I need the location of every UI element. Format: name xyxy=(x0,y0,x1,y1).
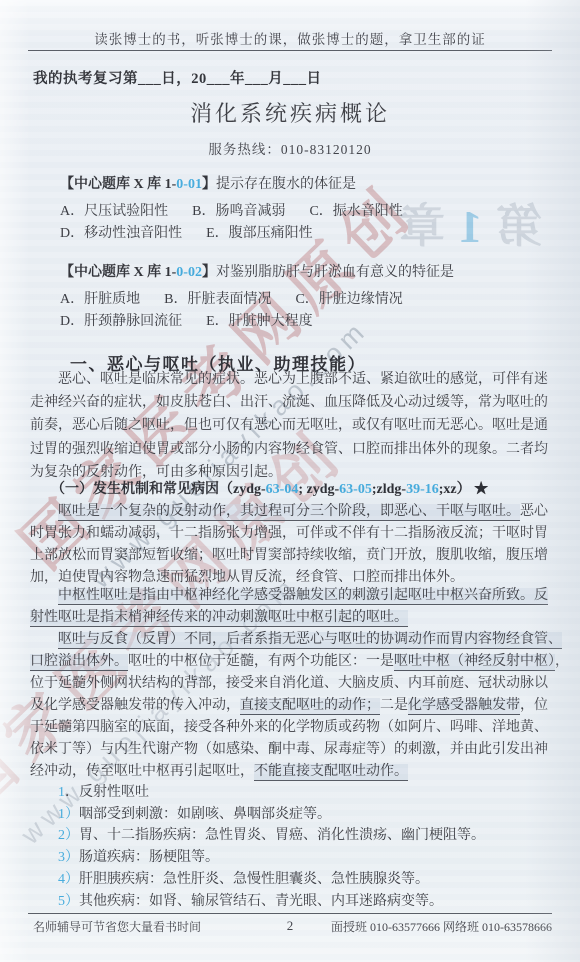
text-line: 5）其他疾病：如肾、输尿管结石、青光眼、内耳迷路病变等。 xyxy=(30,891,552,913)
paragraph: （一）发生机制和常见病因（zydg-63-04; zydg-63-05;zldg… xyxy=(30,479,552,501)
text-line: 1．反射性呕吐 xyxy=(30,782,552,804)
paragraph: 恶心、呕吐是临床常见的症状。恶心为上腹部不适、紧迫欲吐的感觉，可伴有迷走神经兴奋… xyxy=(30,368,552,484)
answer-option: E．腹部压痛阳性 xyxy=(206,226,313,241)
answer-option: A．肝脏质地 xyxy=(60,292,140,307)
question-options: A．肝脏质地B．肝脏表面情况C．肝脏边缘情况D．肝颈静脉回流征E．肝脏肿大程度 xyxy=(60,289,555,333)
answer-option: C．振水音阳性 xyxy=(309,204,402,219)
text-line: 过胃的强烈收缩迫使胃或部分小肠的内容物经食管、口腔而排出体外的现象。二者均 xyxy=(30,438,552,461)
answer-option: D．肝颈静脉回流征 xyxy=(60,314,182,329)
text-line: 中枢性呕吐是指由中枢神经化学感受器触发区的刺激引起呕吐中枢兴奋所致。反 xyxy=(30,585,552,607)
answer-option: D．移动性浊音阳性 xyxy=(60,226,182,241)
text-line: 依米丁等）与内生代谢产物（如感染、酮中毒、尿毒症等）的刺激，并由此引发出神 xyxy=(30,739,552,761)
header-divider xyxy=(28,50,552,51)
option-row: A．尺压试验阳性B．肠鸣音减弱C．振水音阳性 xyxy=(60,201,555,223)
text-line: 上部放松而胃窦部短暂收缩；呕吐时胃窦部持续收缩，贲门开放，腹肌收缩，腹压增 xyxy=(30,545,552,567)
text-line: 位于延髓外侧网状结构的背部，接受来自消化道、大脑皮质、内耳前庭、冠状动脉以 xyxy=(30,673,552,695)
text-line: 于延髓第四脑室的底面，接受各种外来的化学物质或药物（如阿片、吗啡、洋地黄、 xyxy=(30,717,552,739)
question-stem: 提示存在腹水的体征是 xyxy=(216,177,356,192)
answer-option: B．肠鸣音减弱 xyxy=(192,204,285,219)
paragraph: 1．反射性呕吐 1）咽部受到刺激：如剧咳、鼻咽部炎症等。 2）胃、十二指肠疾病：… xyxy=(30,782,552,912)
answer-option: B．肝脏表面情况 xyxy=(164,292,271,307)
text-line: 2）胃、十二指肠疾病：急性胃炎、胃癌、消化性溃疡、幽门梗阻等。 xyxy=(30,825,552,847)
question-header: 【中心题库 X 库 1-0-02】对鉴别脂肪肝与肝淤血有意义的特征是 xyxy=(60,262,555,284)
text-line: 1）咽部受到刺激：如剧咳、鼻咽部炎症等。 xyxy=(30,804,552,826)
service-hotline: 服务热线：010-83120120 xyxy=(0,138,580,158)
footer-phone-numbers: 面授班 010-63577666 网络班 010-63578666 xyxy=(331,918,552,935)
text-line: 呕吐与反食（反胃）不同，后者系指无恶心与呕吐的协调动作而胃内容物经食管、 xyxy=(30,629,552,651)
footer-divider xyxy=(28,913,552,914)
text-line: 4）肝胆胰疾病：急性肝炎、急慢性胆囊炎、急性胰腺炎等。 xyxy=(30,869,552,891)
text-line: 及化学感受器触发带的传入冲动，直接支配呕吐的动作；二是化学感受器触发带，位 xyxy=(30,695,552,717)
answer-option: E．肝脏肿大程度 xyxy=(206,314,313,329)
option-row: D．移动性浊音阳性E．腹部压痛阳性 xyxy=(60,223,555,245)
question-header: 【中心题库 X 库 1-0-01】提示存在腹水的体征是 xyxy=(60,174,555,196)
text-line: 前奏，恶心后随之呕吐，但也可仅有恶心而无呕吐，或仅有呕吐而无恶心。呕吐是通 xyxy=(30,414,552,437)
text-line: 3）肠道疾病：肠梗阻等。 xyxy=(30,847,552,869)
option-row: A．肝脏质地B．肝脏表面情况C．肝脏边缘情况 xyxy=(60,289,555,311)
question-block-2: 【中心题库 X 库 1-0-02】对鉴别脂肪肝与肝淤血有意义的特征是 A．肝脏质… xyxy=(60,262,555,333)
option-row: D．肝颈静脉回流征E．肝脏肿大程度 xyxy=(60,311,555,333)
paragraph: 呕吐与反食（反胃）不同，后者系指无恶心与呕吐的协调动作而胃内容物经食管、口腔溢出… xyxy=(30,629,552,783)
text-line: 时胃张力和蠕动减弱，十二指肠张力增强，可伴或不伴有十二指肠液反流；干呕时胃 xyxy=(30,523,552,545)
page-title: 消化系统疾病概论 xyxy=(0,97,580,128)
answer-option: C．肝脏边缘情况 xyxy=(295,292,402,307)
header-slogan: 读张博士的书，听张博士的课，做张博士的题，拿卫生部的证 xyxy=(0,28,580,48)
review-day-fill-line: 我的执考复习第___日，20___年___月___日 xyxy=(33,67,322,88)
question-stem: 对鉴别脂肪肝与肝淤血有意义的特征是 xyxy=(216,265,454,280)
text-line: （一）发生机制和常见病因（zydg-63-04; zydg-63-05;zldg… xyxy=(30,479,552,501)
text-line: 经冲动，传至呕吐中枢再引起呕吐，不能直接支配呕吐动作。 xyxy=(30,761,552,783)
answer-option: A．尺压试验阳性 xyxy=(60,204,168,219)
question-options: A．尺压试验阳性B．肠鸣音减弱C．振水音阳性D．移动性浊音阳性E．腹部压痛阳性 xyxy=(60,201,555,245)
paragraph: 呕吐是一个复杂的反射动作，其过程可分三个阶段，即恶心、干呕与呕吐。恶心时胃张力和… xyxy=(30,501,552,589)
question-block-1: 【中心题库 X 库 1-0-01】提示存在腹水的体征是 A．尺压试验阳性B．肠鸣… xyxy=(60,174,555,245)
text-line: 呕吐是一个复杂的反射动作，其过程可分三个阶段，即恶心、干呕与呕吐。恶心 xyxy=(30,501,552,523)
paragraph: 中枢性呕吐是指由中枢神经化学感受器触发区的刺激引起呕吐中枢兴奋所致。反射性呕吐是… xyxy=(30,585,552,629)
scanned-document-page: 第1章 国家医考网原创 www.guojiayikao.com 国家医考网原创 … xyxy=(0,0,580,962)
text-line: 射性呕吐是指末梢神经传来的冲动刺激呕吐中枢引起的呕吐。 xyxy=(30,607,552,629)
text-line: 走神经兴奋的症状，如皮肤苍白、出汗、流涎、血压降低及心动过缓等，常为呕吐的 xyxy=(30,391,552,414)
text-line: 恶心、呕吐是临床常见的症状。恶心为上腹部不适、紧迫欲吐的感觉，可伴有迷 xyxy=(30,368,552,391)
text-line: 口腔溢出体外。呕吐的中枢位于延髓，有两个功能区：一是呕吐中枢（神经反射中枢）， xyxy=(30,651,552,673)
